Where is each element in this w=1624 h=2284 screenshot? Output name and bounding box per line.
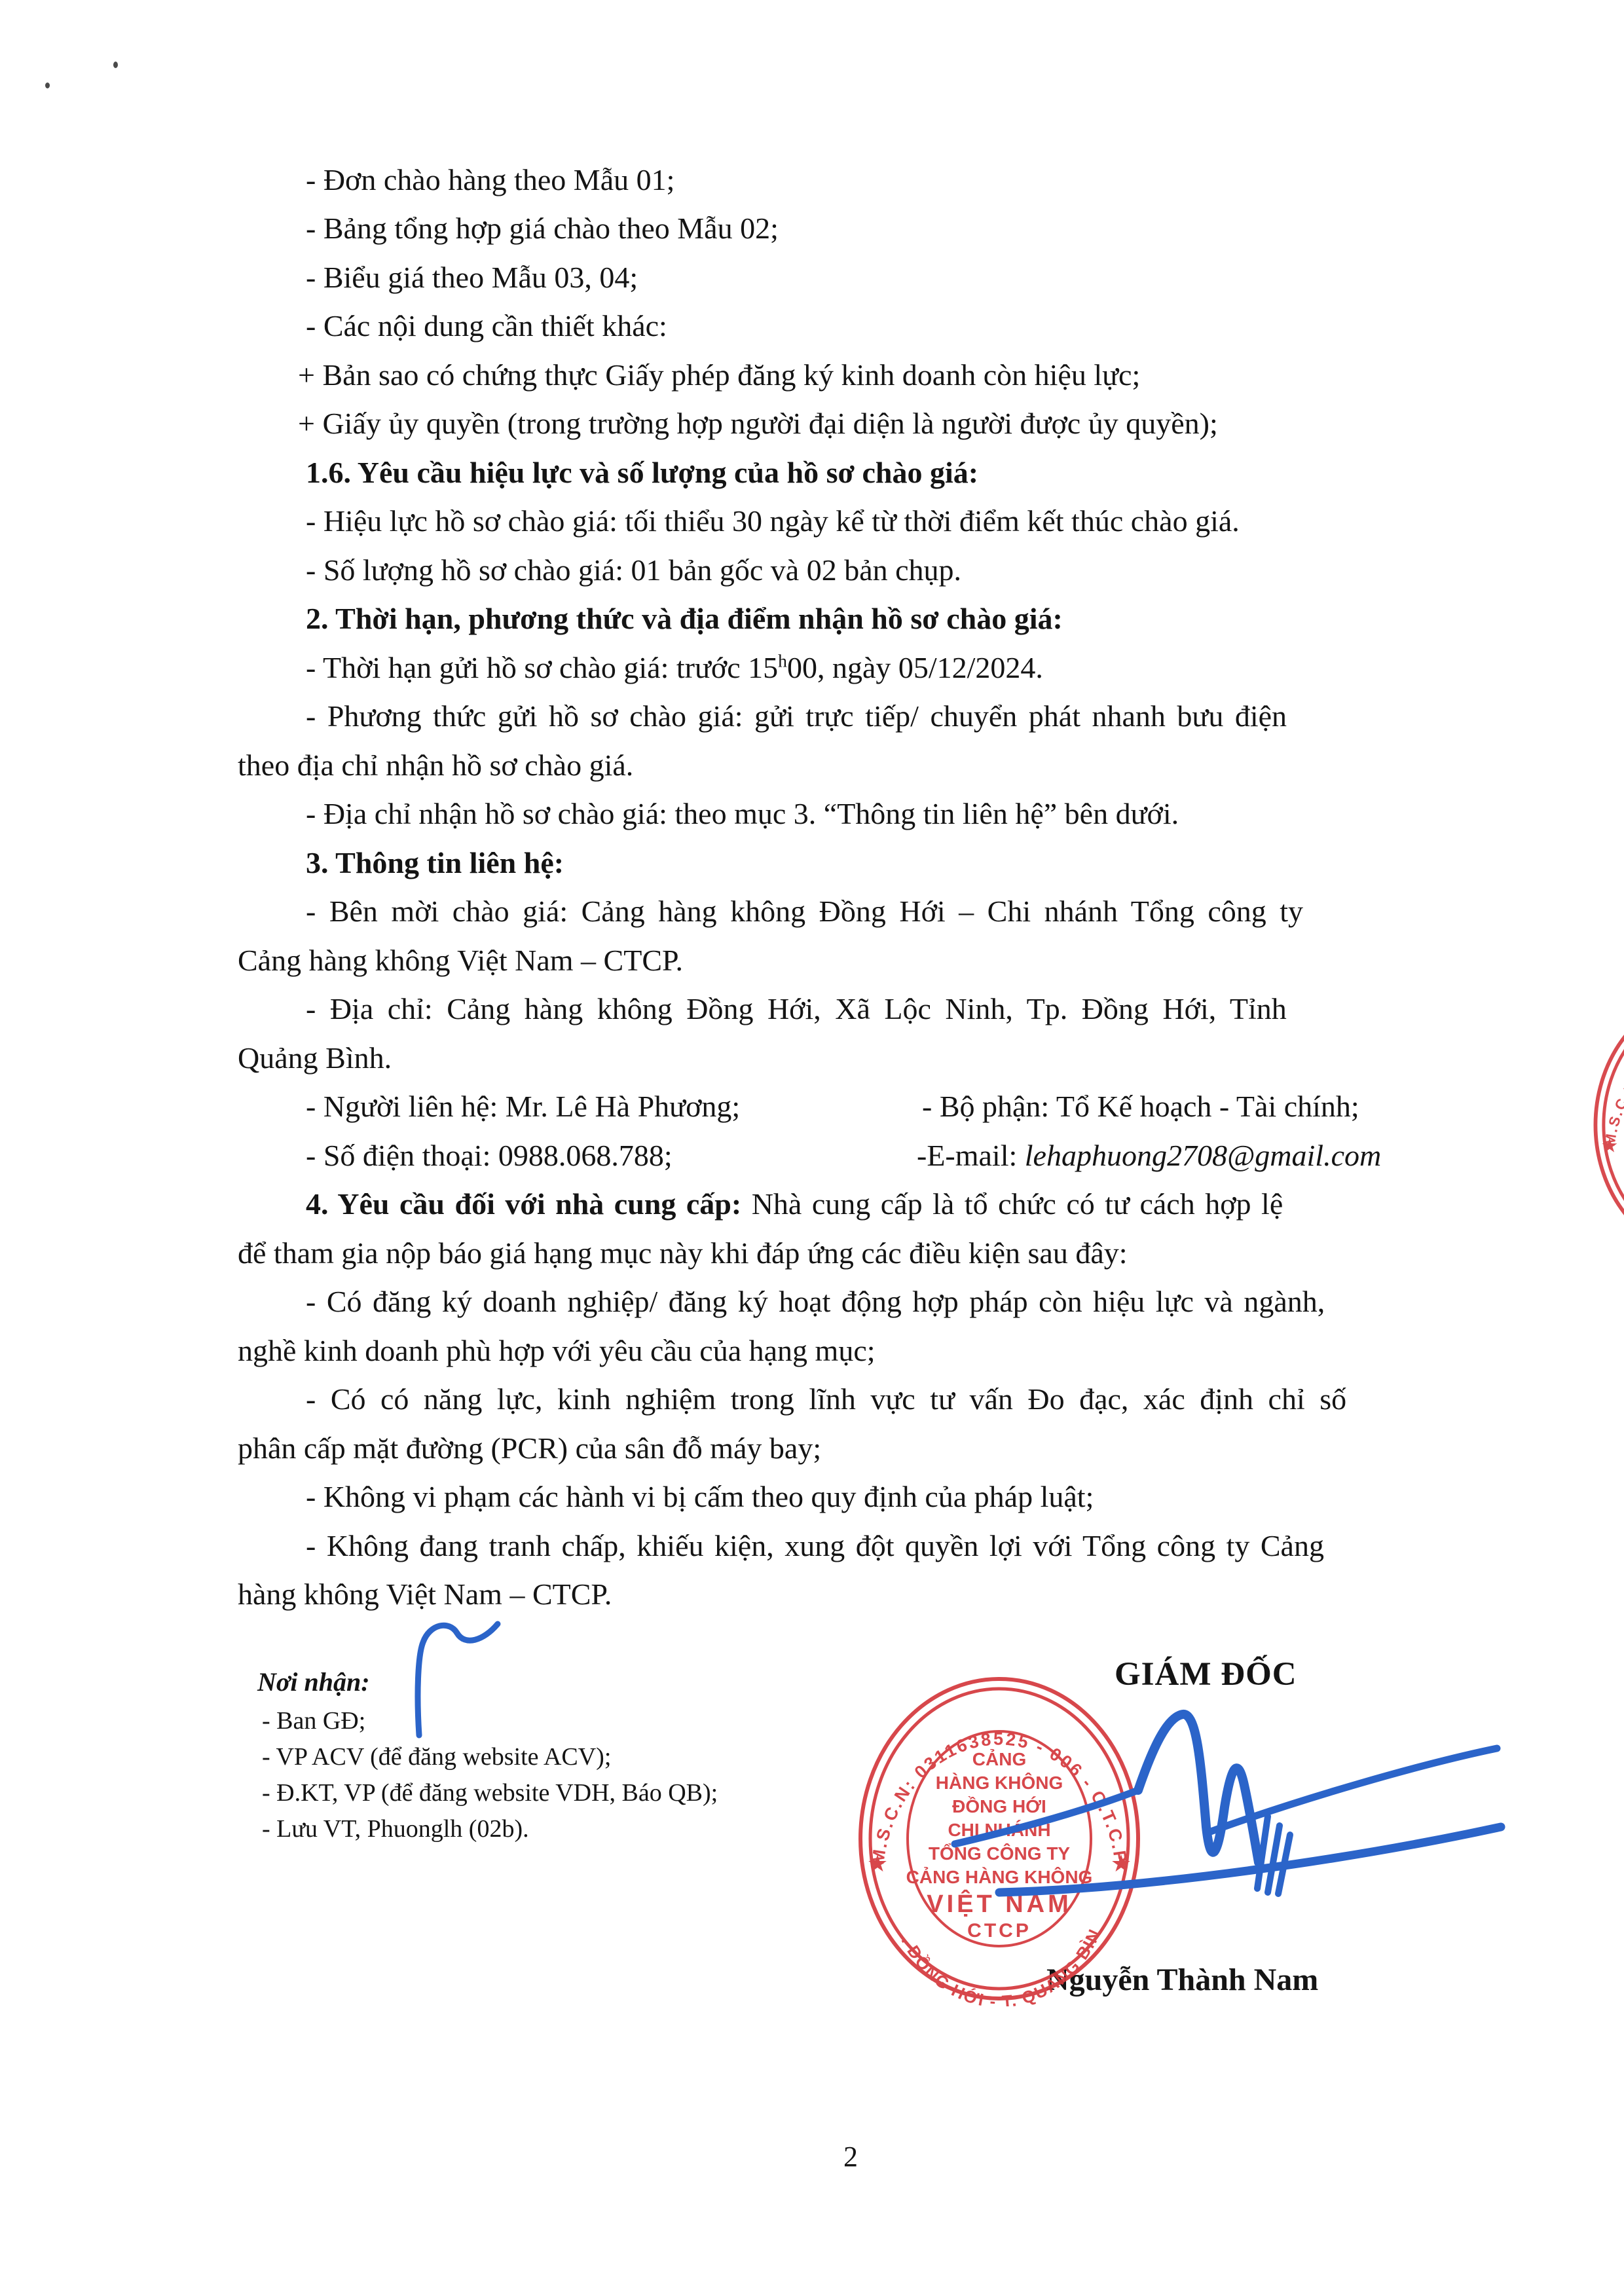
text-run: - Không vi phạm các hành vi bị cấm theo … <box>306 1480 1094 1513</box>
text-line: - Không đang tranh chấp, khiếu kiện, xun… <box>306 1530 1324 1562</box>
text-line: 4. Yêu cầu đối với nhà cung cấp: Nhà cun… <box>306 1188 1283 1221</box>
signature <box>936 1688 1513 1911</box>
text-line: - Thời hạn gửi hồ sơ chào giá: trước 15h… <box>306 652 1043 684</box>
text-line: - Có có năng lực, kinh nghiệm trong lĩnh… <box>306 1383 1346 1416</box>
text-line: - Đơn chào hàng theo Mẫu 01; <box>306 164 674 196</box>
text-run: nghề kinh doanh phù hợp với yêu cầu của … <box>238 1334 876 1367</box>
scan-speck <box>113 62 118 68</box>
text-run: + Bản sao có chứng thực Giấy phép đăng k… <box>298 358 1140 392</box>
text-run: Cảng hàng không Việt Nam – CTCP. <box>238 944 683 977</box>
pen-mark <box>401 1612 512 1743</box>
text-run: - Biểu giá theo Mẫu 03, 04; <box>306 261 638 294</box>
text-run: 4. Yêu cầu đối với nhà cung cấp: <box>306 1187 752 1221</box>
text-line: 1.6. Yêu cầu hiệu lực và số lượng của hồ… <box>306 456 978 489</box>
text-run: theo địa chỉ nhận hồ sơ chào giá. <box>238 748 633 782</box>
text-run: -E-mail: <box>917 1139 1025 1172</box>
text-run: - Có có năng lực, kinh nghiệm trong lĩnh… <box>306 1382 1346 1416</box>
text-run: - Hiệu lực hồ sơ chào giá: tối thiểu 30 … <box>306 504 1240 538</box>
text-run: h <box>778 651 787 671</box>
text-run: 00, ngày 05/12/2024. <box>787 651 1043 684</box>
text-line: Quảng Bình. <box>238 1042 392 1075</box>
text-run: 2. Thời hạn, phương thức và địa điểm nhậ… <box>306 602 1063 635</box>
text-run: - Phương thức gửi hồ sơ chào giá: gửi tr… <box>306 699 1287 733</box>
text-line: - Bảng tổng hợp giá chào theo Mẫu 02; <box>306 212 779 245</box>
text-line: 3. Thông tin liên hệ: <box>306 847 564 879</box>
text-line: - Người liên hệ: Mr. Lê Hà Phương; <box>306 1090 740 1123</box>
text-line: - Bên mời chào giá: Cảng hàng không Đồng… <box>306 895 1303 928</box>
text-line: Nơi nhận: <box>257 1668 370 1696</box>
text-run: - Lưu VT, Phuonglh (02b). <box>262 1815 529 1843</box>
text-line: - Địa chỉ nhận hồ sơ chào giá: theo mục … <box>306 798 1179 830</box>
text-run: Quảng Bình. <box>238 1041 392 1075</box>
page-number: 2 <box>843 2140 858 2173</box>
document-page: - Đơn chào hàng theo Mẫu 01;- Bảng tổng … <box>0 0 1624 2284</box>
text-line: - Có đăng ký doanh nghiệp/ đăng ký hoạt … <box>306 1285 1325 1318</box>
text-line: - Biểu giá theo Mẫu 03, 04; <box>306 261 638 294</box>
scan-speck <box>45 83 50 88</box>
text-line: + Giấy ủy quyền (trong trường hợp người … <box>298 407 1218 440</box>
text-line: để tham gia nộp báo giá hạng mục này khi… <box>238 1237 1128 1270</box>
text-run: - Đơn chào hàng theo Mẫu 01; <box>306 163 674 196</box>
text-run: - Địa chỉ nhận hồ sơ chào giá: theo mục … <box>306 797 1179 830</box>
text-line: - VP ACV (để đăng website ACV); <box>262 1744 611 1771</box>
text-run: - Không đang tranh chấp, khiếu kiện, xun… <box>306 1529 1324 1562</box>
text-run: - Thời hạn gửi hồ sơ chào giá: trước 15 <box>306 651 778 684</box>
text-line: theo địa chỉ nhận hồ sơ chào giá. <box>238 749 633 782</box>
text-run: - Bảng tổng hợp giá chào theo Mẫu 02; <box>306 212 779 245</box>
stamp-star-left: ★ <box>867 1850 888 1877</box>
text-line: - Đ.KT, VP (để đăng website VDH, Báo QB)… <box>262 1780 718 1807</box>
text-run: hàng không Việt Nam – CTCP. <box>238 1577 612 1611</box>
svg-text:★: ★ <box>1601 1135 1619 1156</box>
stamp-top-arc-text: M.S.C.N: 0311638525 - 006 - C.T.C.P <box>1602 1034 1624 1147</box>
text-line: - Ban GĐ; <box>262 1708 365 1735</box>
text-run: + Giấy ủy quyền (trong trường hợp người … <box>298 407 1218 440</box>
text-run: - Số điện thoại: 0988.068.788; <box>306 1139 673 1172</box>
text-line: - Số điện thoại: 0988.068.788; <box>306 1139 673 1172</box>
text-line: 2. Thời hạn, phương thức và địa điểm nhậ… <box>306 602 1063 635</box>
text-run: - Ban GĐ; <box>262 1707 365 1735</box>
text-run: để tham gia nộp báo giá hạng mục này khi… <box>238 1236 1128 1270</box>
text-run: - VP ACV (để đăng website ACV); <box>262 1743 611 1771</box>
text-run: Nơi nhận: <box>257 1667 370 1697</box>
text-line: phân cấp mặt đường (PCR) của sân đỗ máy … <box>238 1432 821 1465</box>
text-run: 1.6. Yêu cầu hiệu lực và số lượng của hồ… <box>306 456 978 489</box>
text-run: lehaphuong2708@gmail.com <box>1025 1139 1381 1172</box>
text-run: - Có đăng ký doanh nghiệp/ đăng ký hoạt … <box>306 1285 1325 1318</box>
text-run: - Người liên hệ: Mr. Lê Hà Phương; <box>306 1090 740 1123</box>
text-line: -E-mail: lehaphuong2708@gmail.com <box>917 1139 1381 1172</box>
text-run: - Bên mời chào giá: Cảng hàng không Đồng… <box>306 894 1303 928</box>
text-run: Nhà cung cấp là tổ chức có tư cách hợp l… <box>752 1187 1283 1221</box>
text-line: - Bộ phận: Tổ Kế hoạch - Tài chính; <box>922 1090 1359 1123</box>
text-line: + Bản sao có chứng thực Giấy phép đăng k… <box>298 359 1140 392</box>
text-line: - Hiệu lực hồ sơ chào giá: tối thiểu 30 … <box>306 505 1240 538</box>
text-line: - Phương thức gửi hồ sơ chào giá: gửi tr… <box>306 700 1287 733</box>
text-line: - Lưu VT, Phuonglh (02b). <box>262 1816 529 1843</box>
text-line: - Các nội dung cần thiết khác: <box>306 310 667 342</box>
stamp-center-line: CTCP <box>967 1920 1031 1942</box>
text-line: hàng không Việt Nam – CTCP. <box>238 1578 612 1611</box>
text-run: - Các nội dung cần thiết khác: <box>306 309 667 342</box>
text-run: - Bộ phận: Tổ Kế hoạch - Tài chính; <box>922 1090 1359 1123</box>
text-run: - Đ.KT, VP (để đăng website VDH, Báo QB)… <box>262 1779 718 1807</box>
text-run: - Địa chỉ: Cảng hàng không Đồng Hới, Xã … <box>306 992 1287 1025</box>
text-line: - Địa chỉ: Cảng hàng không Đồng Hới, Xã … <box>306 993 1287 1025</box>
text-run: - Số lượng hồ sơ chào giá: 01 bản gốc và… <box>306 553 961 587</box>
text-line: Cảng hàng không Việt Nam – CTCP. <box>238 944 683 977</box>
text-line: nghề kinh doanh phù hợp với yêu cầu của … <box>238 1335 876 1367</box>
partial-stamp: M.S.C.N: 0311638525 - 006 - C.T.C.P TP. … <box>1572 986 1624 1264</box>
text-run: phân cấp mặt đường (PCR) của sân đỗ máy … <box>238 1431 821 1465</box>
text-line: - Không vi phạm các hành vi bị cấm theo … <box>306 1481 1094 1513</box>
text-run: 3. Thông tin liên hệ: <box>306 846 564 879</box>
text-line: - Số lượng hồ sơ chào giá: 01 bản gốc và… <box>306 554 961 587</box>
